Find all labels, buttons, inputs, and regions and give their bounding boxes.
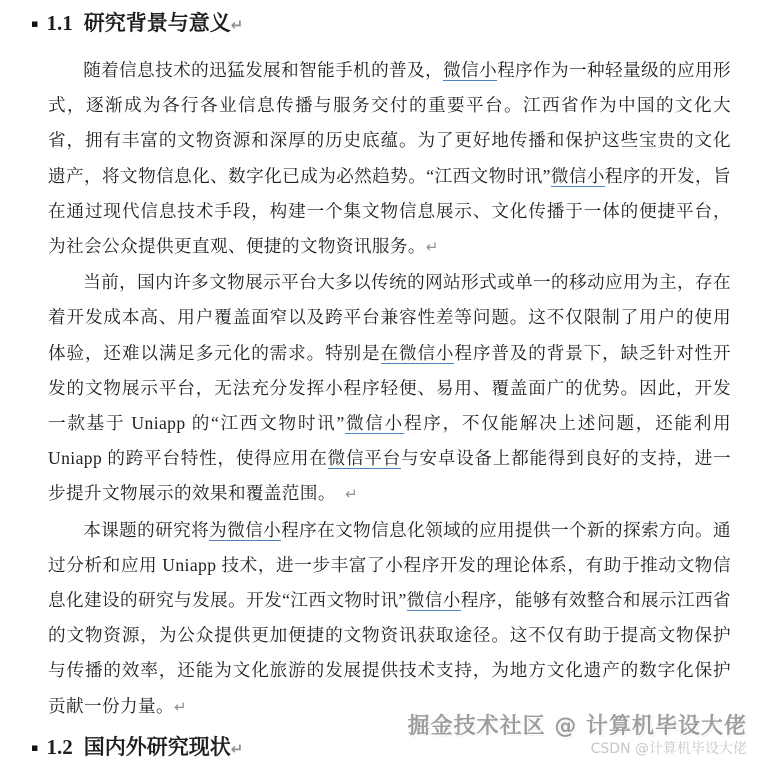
wechat-mini-link[interactable]: 在微信小 <box>381 343 455 364</box>
return-mark-icon: ↵ <box>345 485 358 503</box>
wechat-platform-link[interactable]: 微信平台 <box>328 448 401 469</box>
wechat-mini-link[interactable]: 微信小 <box>407 590 461 611</box>
wechat-mini-link[interactable]: 微信小 <box>345 413 404 434</box>
heading-bullet-icon: ▪ <box>31 17 38 30</box>
text-segment: 本课题的研究将 <box>83 520 209 540</box>
return-mark-icon: ↵ <box>426 238 439 256</box>
body-paragraph: 本课题的研究将为微信小程序在文物信息化领域的应用提供一个新的探索方向。通过分析和… <box>48 513 731 725</box>
heading-bullet-icon: ▪ <box>31 741 38 754</box>
heading-number: 1.1 <box>46 11 72 35</box>
return-mark-icon: ↵ <box>174 698 187 716</box>
wechat-mini-link[interactable]: 微信小 <box>551 166 605 187</box>
section-body: 随着信息技术的迅猛发展和智能手机的普及，微信小程序作为一种轻量级的应用形式，逐渐… <box>48 53 731 725</box>
section-heading-1-1: ▪1.1研究背景与意义↵ <box>31 8 731 40</box>
text-segment: 随着信息技术的迅猛发展和智能手机的普及， <box>83 60 443 80</box>
wechat-mini-link[interactable]: 微信小 <box>443 60 497 81</box>
body-paragraph: 随着信息技术的迅猛发展和智能手机的普及，微信小程序作为一种轻量级的应用形式，逐渐… <box>48 53 731 265</box>
return-mark-icon: ↵ <box>231 740 244 758</box>
section-heading-1-2: ▪1.2国内外研究现状↵ <box>31 732 731 760</box>
return-mark-icon: ↵ <box>231 16 244 34</box>
wechat-mini-link[interactable]: 为微信小 <box>209 520 281 541</box>
heading-title: 国内外研究现状 <box>84 735 231 759</box>
document-page: ▪1.1研究背景与意义↵ 随着信息技术的迅猛发展和智能手机的普及，微信小程序作为… <box>0 0 759 760</box>
body-paragraph: 当前，国内许多文物展示平台大多以传统的网站形式或单一的移动应用为主，存在着开发成… <box>48 265 731 512</box>
heading-title: 研究背景与意义 <box>84 11 231 35</box>
heading-number: 1.2 <box>46 735 72 759</box>
